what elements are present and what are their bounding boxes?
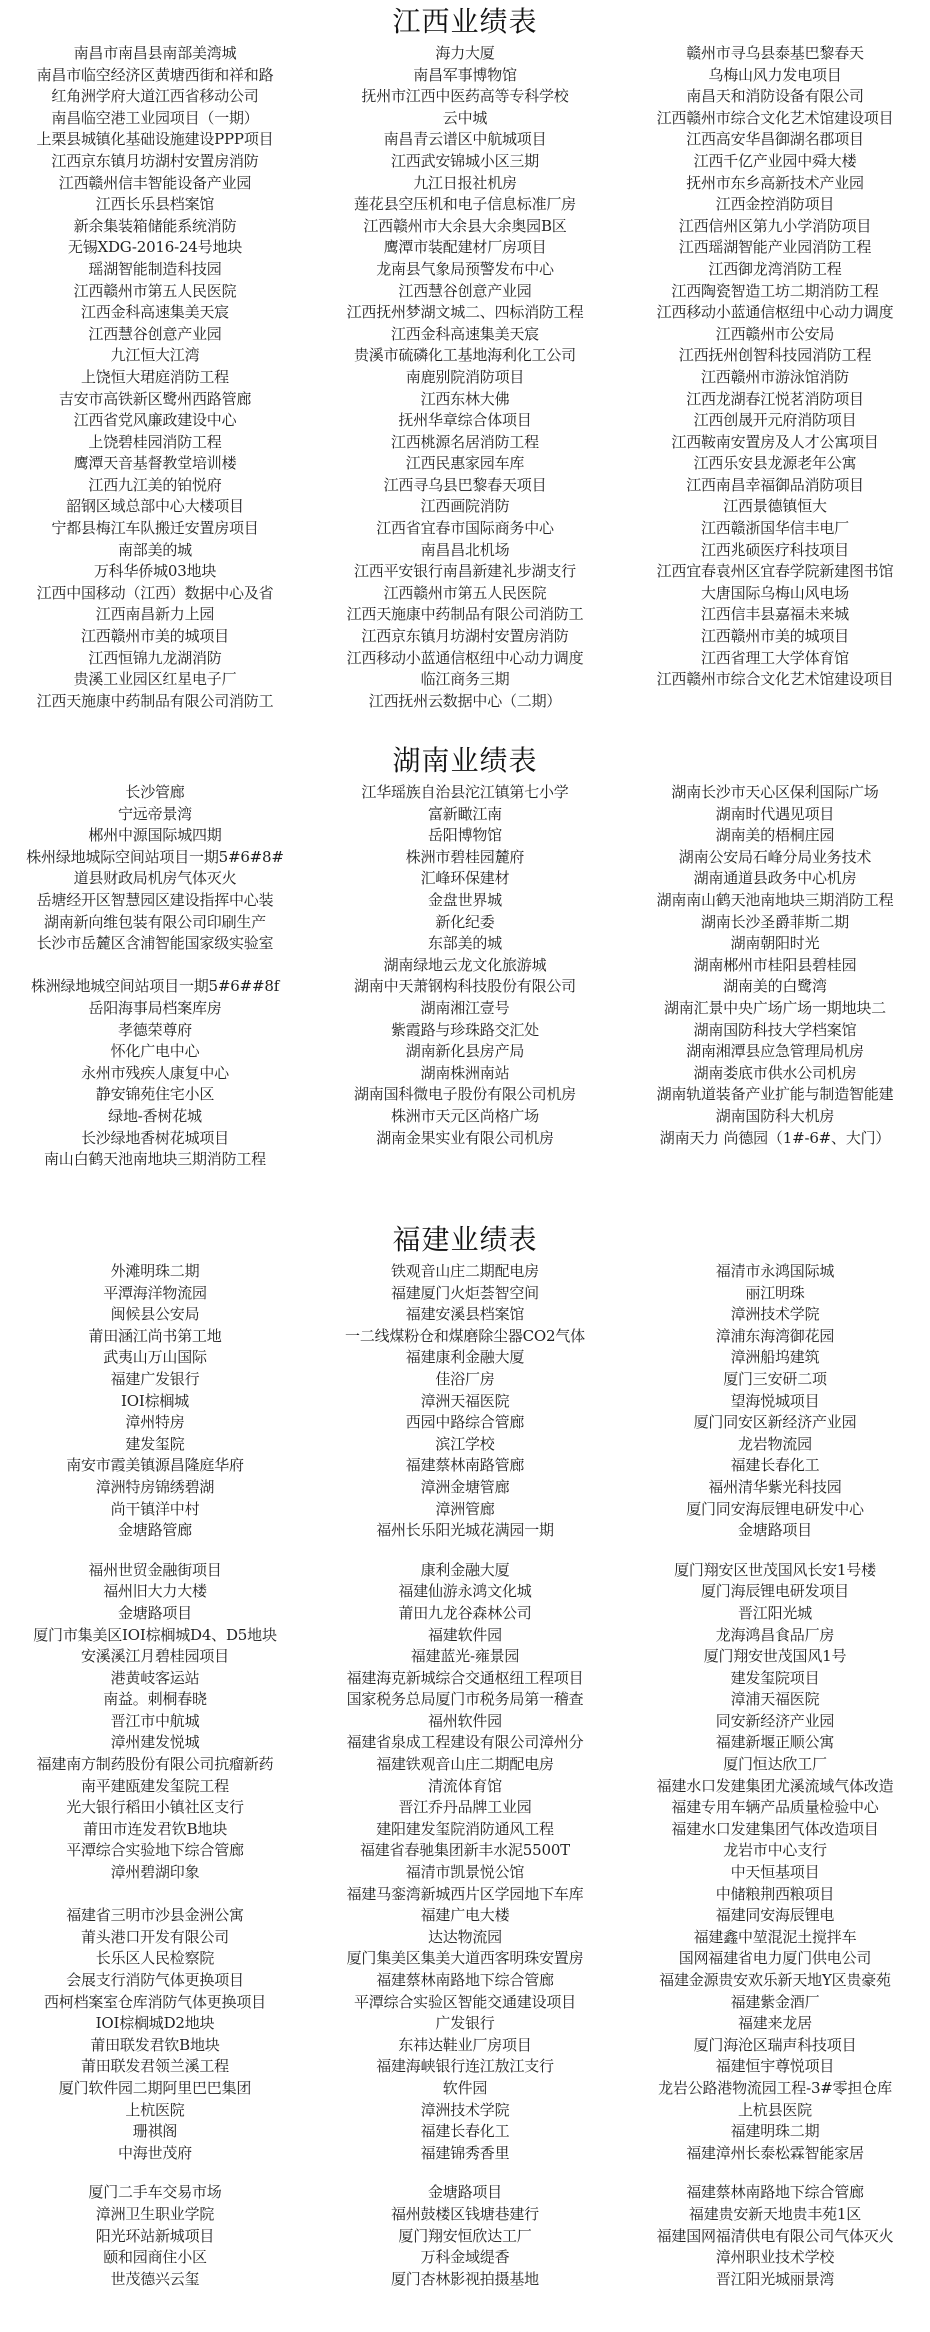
project-name-cell: 富新瞰江南: [310, 804, 620, 826]
project-name-cell: 江西桃源名居消防工程: [310, 432, 620, 454]
table-row: 平潭综合实验地下综合管廊福建省春驰集团新丰水泥5500T龙岩市中心支行: [0, 1840, 930, 1862]
project-name-cell: 江西赣州市大余县大余奥园B区: [310, 216, 620, 238]
project-name-cell: 宁都县梅江车队搬迁安置房项目: [0, 518, 310, 540]
table-row: 江西京东镇月坊湖村安置房消防江西武安锦城小区三期江西千亿产业园中舜大楼: [0, 151, 930, 173]
project-name-cell: 福建锦秀香里: [310, 2143, 620, 2165]
project-name-cell: 福建同安海辰锂电: [620, 1905, 930, 1927]
table-row: 金塘路管廊福州长乐阳光城花满园一期金塘路项目: [0, 1520, 930, 1542]
project-name-cell: 株州绿地城际空间站项目一期5#6#8#: [0, 847, 310, 869]
project-name-cell: 漳洲船坞建筑: [620, 1347, 930, 1369]
project-name-cell: 福建厦门火炬荟智空间: [310, 1283, 620, 1305]
project-name-cell: 福建省春驰集团新丰水泥5500T: [310, 1840, 620, 1862]
table-row: 厦门二手车交易市场金塘路项目福建蔡林南路地下综合管廊: [0, 2182, 930, 2204]
project-name-cell: 尚干镇洋中村: [0, 1499, 310, 1521]
project-name-cell: 福建蔡林南路地下综合管廊: [620, 2182, 930, 2204]
section-jiangxi: 江西业绩表 南昌市南昌县南部美湾城海力大厦赣州市寻乌县泰基巴黎春天南昌市临空经济…: [0, 4, 930, 712]
table-row: 南山白鹤天池南地块三期消防工程: [0, 1149, 930, 1171]
project-name-cell: 江西兆硕医疗科技项目: [620, 540, 930, 562]
project-name-cell: 万科华侨城03地块: [0, 561, 310, 583]
table-row: 光大银行稻田小镇社区支行晋江乔丹品牌工业园福建专用车辆产品质量检验中心: [0, 1797, 930, 1819]
table-row: 厦门市集美区IOI棕榈城D4、D5地块福建软件园龙海鸿昌食品厂房: [0, 1625, 930, 1647]
table-row: 南昌市临空经济区黄塘西街和祥和路南昌军事博物馆乌梅山风力发电项目: [0, 65, 930, 87]
table-row: 福建省三明市沙县金洲公寓福建广电大楼福建同安海辰锂电: [0, 1905, 930, 1927]
table-row: 吉安市高铁新区鹭州西路管廊江西东林大佛江西龙湖春江悦茗消防项目: [0, 389, 930, 411]
table-row: 新余集装箱储能系统消防江西赣州市大余县大余奥园B区江西信州区第九小学消防项目: [0, 216, 930, 238]
project-name-cell: 湖南湘江壹号: [310, 998, 620, 1020]
table-row: 世茂德兴云玺厦门杏林影视拍摄基地晋江阳光城丽景湾: [0, 2269, 930, 2291]
section-title: 湖南业绩表: [0, 743, 930, 779]
project-name-cell: 江西长乐县档案馆: [0, 194, 310, 216]
project-name-cell: 湖南通道县政务中心机房: [620, 868, 930, 890]
project-name-cell: 江西东林大佛: [310, 389, 620, 411]
project-name-cell: 江华瑶族自治县沱江镇第七小学: [310, 782, 620, 804]
project-name-cell: 厦门市集美区IOI棕榈城D4、D5地块: [0, 1625, 310, 1647]
table-row: 莆田联发君领兰溪工程福建海峡银行连江敖江支行福建恒宇尊悦项目: [0, 2056, 930, 2078]
project-name-cell: 外滩明珠二期: [0, 1261, 310, 1283]
project-name-cell: 同安新经济产业园: [620, 1711, 930, 1733]
project-name-cell: 湖南朝阳时光: [620, 933, 930, 955]
table-row: 平潭海洋物流园福建厦门火炬荟智空间丽江明珠: [0, 1283, 930, 1305]
project-name-cell: 江西平安银行南昌新建礼步湖支行: [310, 561, 620, 583]
table-row: 福州旧大力大楼福建仙游永鸿文化城厦门海辰锂电研发项目: [0, 1581, 930, 1603]
project-name-cell: [0, 1884, 310, 1906]
project-name-cell: 江西赣州市综合文化艺术馆建设项目: [620, 108, 930, 130]
project-name-cell: 福建蔡林南路地下综合管廊: [310, 1970, 620, 1992]
project-name-cell: 莆田联发君钦B地块: [0, 2035, 310, 2057]
table-row: 江西天施康中药制品有限公司消防工江西抚州云数据中心（二期）: [0, 691, 930, 713]
project-name-cell: 漳浦东海湾御花园: [620, 1326, 930, 1348]
project-name-cell: 上杭医院: [0, 2100, 310, 2122]
project-name-cell: 莆头港口开发有限公司: [0, 1927, 310, 1949]
project-name-cell: 福建长春化工: [620, 1455, 930, 1477]
project-name-cell: 新化纪委: [310, 912, 620, 934]
table-row: 九江恒大江湾贵溪市硫磷化工基地海利化工公司江西抚州创智科技园消防工程: [0, 345, 930, 367]
project-name-cell: 铁观音山庄二期配电房: [310, 1261, 620, 1283]
table-row: 上栗县城镇化基础设施建设PPP项目南昌青云谱区中航城项目江西高安华昌御湖名郡项目: [0, 129, 930, 151]
project-name-cell: 南昌临空港工业园项目（一期）: [0, 108, 310, 130]
project-name-cell: 岳塘经开区智慧园区建设指挥中心装: [0, 890, 310, 912]
project-name-cell: 抚州市东乡高新技术产业园: [620, 173, 930, 195]
project-name-cell: 光大银行稻田小镇社区支行: [0, 1797, 310, 1819]
table-row: 长沙市岳麓区含浦智能国家级实验室东部美的城湖南朝阳时光: [0, 933, 930, 955]
project-name-cell: 平潭海洋物流园: [0, 1283, 310, 1305]
project-name-cell: 厦门翔安区世茂国风长安1号楼: [620, 1560, 930, 1582]
table-row: 郴州中源国际城四期岳阳博物馆湖南美的梧桐庄园: [0, 825, 930, 847]
project-name-cell: 上饶碧桂园消防工程: [0, 432, 310, 454]
project-name-cell: 九江日报社机房: [310, 173, 620, 195]
project-grid: 南昌市南昌县南部美湾城海力大厦赣州市寻乌县泰基巴黎春天南昌市临空经济区黄塘西街和…: [0, 43, 930, 712]
project-name-cell: 建发玺院: [0, 1434, 310, 1456]
table-row: 上饶碧桂园消防工程江西桃源名居消防工程江西鞍南安置房及人才公寓项目: [0, 432, 930, 454]
row-spacer: [0, 2164, 930, 2182]
project-name-cell: 孝德荣尊府: [0, 1020, 310, 1042]
table-row: 绿地-香树花城株洲市天元区尚格广场湖南国防科大机房: [0, 1106, 930, 1128]
project-name-cell: 万科金域缇香: [310, 2247, 620, 2269]
project-name-cell: 福建来龙居: [620, 2013, 930, 2035]
project-name-cell: 绿地-香树花城: [0, 1106, 310, 1128]
project-name-cell: 临江商务三期: [310, 669, 620, 691]
project-name-cell: 福州鼓楼区钱塘巷建行: [310, 2204, 620, 2226]
project-name-cell: 福清市永鸿国际城: [620, 1261, 930, 1283]
table-row: 南安市霞美镇源昌隆庭华府福建蔡林南路管廊福建长春化工: [0, 1455, 930, 1477]
table-row: 漳洲卫生职业学院福州鼓楼区钱塘巷建行福建贵安新天地贵丰苑1区: [0, 2204, 930, 2226]
project-name-cell: 厦门同安区新经济产业园: [620, 1412, 930, 1434]
table-row: 安溪溪江月碧桂园项目福建蓝光-雍景园厦门翔安世茂国风1号: [0, 1646, 930, 1668]
project-name-cell: 漳洲金塘管廊: [310, 1477, 620, 1499]
project-name-cell: 福州旧大力大楼: [0, 1581, 310, 1603]
table-row: 莆田联发君钦B地块东祎达鞋业厂房项目厦门海沧区瑞声科技项目: [0, 2035, 930, 2057]
table-row: 阳光环站新城项目厦门翔安恒欣达工厂福建国网福清供电有限公司气体灭火: [0, 2226, 930, 2248]
project-name-cell: 江西南昌新力上园: [0, 604, 310, 626]
project-name-cell: 湖南时代遇见项目: [620, 804, 930, 826]
project-name-cell: 福清市凯景悦公馆: [310, 1862, 620, 1884]
table-row: 岳阳海事局档案库房湖南湘江壹号湖南汇景中央广场广场一期地块二: [0, 998, 930, 1020]
project-name-cell: 漳州职业技术学校: [620, 2247, 930, 2269]
project-name-cell: 厦门软件园二期阿里巴巴集团: [0, 2078, 310, 2100]
project-name-cell: 紫霞路与珍珠路交汇处: [310, 1020, 620, 1042]
table-row: 万科华侨城03地块江西平安银行南昌新建礼步湖支行江西宜春袁州区宜春学院新建图书馆: [0, 561, 930, 583]
table-row: 岳塘经开区智慧园区建设指挥中心装金盘世界城湖南南山鹤天池南地块三期消防工程: [0, 890, 930, 912]
project-name-cell: 湖南中天萧钢构科技股份有限公司: [310, 976, 620, 998]
table-row: 孝德荣尊府紫霞路与珍珠路交汇处湖南国防科技大学档案馆: [0, 1020, 930, 1042]
project-name-cell: 湖南美的梧桐庄园: [620, 825, 930, 847]
table-row: 外滩明珠二期铁观音山庄二期配电房福清市永鸿国际城: [0, 1261, 930, 1283]
project-name-cell: 长沙管廊: [0, 782, 310, 804]
project-name-cell: 莆田联发君领兰溪工程: [0, 2056, 310, 2078]
table-row: 江西长乐县档案馆莲花县空压机和电子信息标准厂房江西金控消防项目: [0, 194, 930, 216]
project-name-cell: 静安锦苑住宅小区: [0, 1084, 310, 1106]
project-name-cell: 厦门杏林影视拍摄基地: [310, 2269, 620, 2291]
project-name-cell: 湖南南山鹤天池南地块三期消防工程: [620, 890, 930, 912]
project-name-cell: 龙岩公路港物流园工程-3#零担仓库: [620, 2078, 930, 2100]
project-name-cell: 湖南天力 尚德园（1#-6#、大门）: [620, 1128, 930, 1150]
project-name-cell: 江西乐安县龙源老年公寓: [620, 453, 930, 475]
project-name-cell: 道县财政局机房气体灭火: [0, 868, 310, 890]
project-name-cell: 闽候县公安局: [0, 1304, 310, 1326]
project-name-cell: 怀化广电中心: [0, 1041, 310, 1063]
project-name-cell: 南昌青云谱区中航城项目: [310, 129, 620, 151]
project-name-cell: 建发玺院项目: [620, 1668, 930, 1690]
table-row: 株州绿地城际空间站项目一期5#6#8#株洲市碧桂园麓府湖南公安局石峰分局业务技术: [0, 847, 930, 869]
table-row: 漳州特房西园中路综合管廊厦门同安区新经济产业园: [0, 1412, 930, 1434]
project-name-cell: 江西民惠家园车库: [310, 453, 620, 475]
section-title: 福建业绩表: [0, 1222, 930, 1258]
project-name-cell: 福建贵安新天地贵丰苑1区: [620, 2204, 930, 2226]
table-row: 江西南昌新力上园江西天施康中药制品有限公司消防工江西信丰县嘉福未来城: [0, 604, 930, 626]
project-name-cell: 福建蓝光-雍景园: [310, 1646, 620, 1668]
project-name-cell: 江西赣州市公安局: [620, 324, 930, 346]
project-name-cell: 康利金融大厦: [310, 1560, 620, 1582]
table-row: 无锡XDG-2016-24号地块鹰潭市装配建材厂房项目江西瑶湖智能产业园消防工程: [0, 237, 930, 259]
project-name-cell: 金塘路管廊: [0, 1520, 310, 1542]
project-name-cell: 江西赣州市第五人民医院: [0, 281, 310, 303]
table-row: 上饶恒大珺庭消防工程南鹿别院消防项目江西赣州市游泳馆消防: [0, 367, 930, 389]
project-name-cell: 东部美的城: [310, 933, 620, 955]
project-name-cell: 福州软件园: [310, 1711, 620, 1733]
project-name-cell: 福建紫金酒厂: [620, 1992, 930, 2014]
project-name-cell: 清流体育馆: [310, 1776, 620, 1798]
project-name-cell: 江西陶瓷智造工坊二期消防工程: [620, 281, 930, 303]
table-row: 漳洲特房锦绣碧湖漳洲金塘管廊福州清华紫光科技园: [0, 1477, 930, 1499]
project-name-cell: 江西鞍南安置房及人才公寓项目: [620, 432, 930, 454]
project-name-cell: 福建省三明市沙县金洲公寓: [0, 1905, 310, 1927]
project-name-cell: 上栗县城镇化基础设施建设PPP项目: [0, 129, 310, 151]
project-name-cell: 江西抚州云数据中心（二期）: [310, 691, 620, 713]
project-name-cell: 贵溪市硫磷化工基地海利化工公司: [310, 345, 620, 367]
project-name-cell: 江西省党风廉政建设中心: [0, 410, 310, 432]
project-name-cell: 南昌昌北机场: [310, 540, 620, 562]
table-row: 江西中国移动（江西）数据中心及省江西赣州市第五人民医院大唐国际乌梅山风电场: [0, 583, 930, 605]
table-row: 福建南方制药股份有限公司抗瘤新药福建铁观音山庄二期配电房厦门恒达欣工厂: [0, 1754, 930, 1776]
table-row: 江西省党风廉政建设中心抚州华章综合体项目江西创晟开元府消防项目: [0, 410, 930, 432]
project-name-cell: 莆田市连发君钦B地块: [0, 1819, 310, 1841]
project-name-cell: 龙岩市中心支行: [620, 1840, 930, 1862]
project-name-cell: 武夷山万山国际: [0, 1347, 310, 1369]
project-name-cell: 江西慧谷创意产业园: [310, 281, 620, 303]
table-row: 福州世贸金融街项目康利金融大厦厦门翔安区世茂国风长安1号楼: [0, 1560, 930, 1582]
project-name-cell: 福建铁观音山庄二期配电房: [310, 1754, 620, 1776]
table-row: 上杭医院漳洲技术学院上杭县医院: [0, 2100, 930, 2122]
project-name-cell: 金塘路项目: [0, 1603, 310, 1625]
project-name-cell: 福建省泉成工程建设有限公司漳州分: [310, 1732, 620, 1754]
project-name-cell: 江西天施康中药制品有限公司消防工: [310, 604, 620, 626]
project-name-cell: 南平建瓯建发玺院工程: [0, 1776, 310, 1798]
table-row: 金塘路项目莆田九龙谷森林公司晋江阳光城: [0, 1603, 930, 1625]
project-name-cell: 长沙市岳麓区含浦智能国家级实验室: [0, 933, 310, 955]
table-row: 江西金科高速集美天宸江西抚州梦湖文城二、四标消防工程江西移动小蓝通信枢纽中心动力…: [0, 302, 930, 324]
table-row: 宁都县梅江车队搬迁安置房项目江西省宜春市国际商务中心江西赣浙国华信丰电厂: [0, 518, 930, 540]
row-spacer: [0, 1542, 930, 1560]
project-name-cell: 晋江乔丹品牌工业园: [310, 1797, 620, 1819]
project-name-cell: 厦门三安研二项: [620, 1369, 930, 1391]
project-name-cell: 滨江学校: [310, 1434, 620, 1456]
project-name-cell: 莆田九龙谷森林公司: [310, 1603, 620, 1625]
project-name-cell: 无锡XDG-2016-24号地块: [0, 237, 310, 259]
project-name-cell: 湖南长沙圣爵菲斯二期: [620, 912, 930, 934]
project-name-cell: 厦门海沧区瑞声科技项目: [620, 2035, 930, 2057]
project-name-cell: 福建南方制药股份有限公司抗瘤新药: [0, 1754, 310, 1776]
project-name-cell: 港黄岐客运站: [0, 1668, 310, 1690]
table-row: IOI棕榈城D2地块广发银行福建来龙居: [0, 2013, 930, 2035]
project-name-cell: 晋江阳光城: [620, 1603, 930, 1625]
project-name-cell: 江西寻乌县巴黎春天项目: [310, 475, 620, 497]
project-name-cell: 中海世茂府: [0, 2143, 310, 2165]
project-name-cell: 吉安市高铁新区鹭州西路管廊: [0, 389, 310, 411]
project-name-cell: 建阳建发玺院消防通风工程: [310, 1819, 620, 1841]
project-name-cell: 福建新堰正顺公寓: [620, 1732, 930, 1754]
project-name-cell: 厦门集美区集美大道西客明珠安置房: [310, 1948, 620, 1970]
project-name-cell: 江西南昌幸福御品消防项目: [620, 475, 930, 497]
project-name-cell: 福建明珠二期: [620, 2121, 930, 2143]
project-name-cell: 江西赣州市第五人民医院: [310, 583, 620, 605]
project-name-cell: 湖南国科微电子股份有限公司机房: [310, 1084, 620, 1106]
project-name-cell: 江西移动小蓝通信枢纽中心动力调度: [620, 302, 930, 324]
section-fujian: 福建业绩表 外滩明珠二期铁观音山庄二期配电房福清市永鸿国际城平潭海洋物流园福建厦…: [0, 1222, 930, 2290]
project-name-cell: 金盘世界城: [310, 890, 620, 912]
project-name-cell: 广发银行: [310, 2013, 620, 2035]
table-row: 福建马銮湾新城西片区学园地下车库中储粮荆西粮项目: [0, 1884, 930, 1906]
project-name-cell: 瑶湖智能制造科技园: [0, 259, 310, 281]
project-name-cell: [310, 1149, 620, 1171]
project-name-cell: 鹰潭市装配建材厂房项目: [310, 237, 620, 259]
project-name-cell: 南鹿别院消防项目: [310, 367, 620, 389]
table-row: 红角洲学府大道江西省移动公司抚州市江西中医药高等专科学校南昌天和消防设备有限公司: [0, 86, 930, 108]
project-name-cell: 岳阳博物馆: [310, 825, 620, 847]
project-name-cell: 乌梅山风力发电项目: [620, 65, 930, 87]
project-name-cell: 江西武安锦城小区三期: [310, 151, 620, 173]
project-name-cell: 南昌市南昌县南部美湾城: [0, 43, 310, 65]
project-name-cell: 江西瑶湖智能产业园消防工程: [620, 237, 930, 259]
project-name-cell: 南昌市临空经济区黄塘西街和祥和路: [0, 65, 310, 87]
project-name-cell: 江西创晟开元府消防项目: [620, 410, 930, 432]
table-row: 长沙管廊江华瑶族自治县沱江镇第七小学湖南长沙市天心区保利国际广场: [0, 782, 930, 804]
project-name-cell: 漳洲管廊: [310, 1499, 620, 1521]
table-row: 南益。刺桐春晓国家税务总局厦门市税务局第一稽查漳浦天福医院: [0, 1689, 930, 1711]
project-name-cell: 漳州碧湖印象: [0, 1862, 310, 1884]
table-row: 贵溪工业园区红星电子厂临江商务三期江西赣州市综合文化艺术馆建设项目: [0, 669, 930, 691]
project-name-cell: 漳浦天福医院: [620, 1689, 930, 1711]
project-name-cell: 江西京东镇月坊湖村安置房消防: [310, 626, 620, 648]
project-name-cell: 福建蔡林南路管廊: [310, 1455, 620, 1477]
table-row: 中海世茂府福建锦秀香里福建漳州长泰松霖智能家居: [0, 2143, 930, 2165]
project-name-cell: 软件园: [310, 2078, 620, 2100]
project-name-cell: 福建马銮湾新城西片区学园地下车库: [310, 1884, 620, 1906]
project-name-cell: 郴州中源国际城四期: [0, 825, 310, 847]
project-name-cell: 江西赣州信丰智能设备产业园: [0, 173, 310, 195]
project-name-cell: 江西天施康中药制品有限公司消防工: [0, 691, 310, 713]
project-name-cell: 南昌天和消防设备有限公司: [620, 86, 930, 108]
table-row: 静安锦苑住宅小区湖南国科微电子股份有限公司机房湖南轨道装备产业扩能与制造智能建: [0, 1084, 930, 1106]
project-grid: 长沙管廊江华瑶族自治县沱江镇第七小学湖南长沙市天心区保利国际广场宁远帝景湾富新瞰…: [0, 782, 930, 1171]
project-name-cell: 晋江阳光城丽景湾: [620, 2269, 930, 2291]
project-name-cell: 国网福建省电力厦门供电公司: [620, 1948, 930, 1970]
project-name-cell: 湖南国防科技大学档案馆: [620, 1020, 930, 1042]
project-name-cell: 江西景德镇恒大: [620, 496, 930, 518]
project-name-cell: 江西信丰县嘉福未来城: [620, 604, 930, 626]
project-name-cell: 达达物流园: [310, 1927, 620, 1949]
project-name-cell: 福建广发银行: [0, 1369, 310, 1391]
project-name-cell: 厦门二手车交易市场: [0, 2182, 310, 2204]
project-name-cell: 鹰潭天音基督教堂培训楼: [0, 453, 310, 475]
project-name-cell: 红角洲学府大道江西省移动公司: [0, 86, 310, 108]
table-row: 怀化广电中心湖南新化县房产局湖南湘潭县应急管理局机房: [0, 1041, 930, 1063]
project-name-cell: 莆田涵江尚书第工地: [0, 1326, 310, 1348]
project-name-cell: 江西赣州市美的城项目: [0, 626, 310, 648]
project-name-cell: 福建专用车辆产品质量检验中心: [620, 1797, 930, 1819]
project-name-cell: 湖南郴州市桂阳县碧桂园: [620, 955, 930, 977]
project-name-cell: 江西金科高速集美天宸: [310, 324, 620, 346]
project-name-cell: 晋江市中航城: [0, 1711, 310, 1733]
project-name-cell: [620, 691, 930, 713]
project-name-cell: 韶钢区域总部中心大楼项目: [0, 496, 310, 518]
project-name-cell: 南安市霞美镇源昌隆庭华府: [0, 1455, 310, 1477]
project-name-cell: 厦门同安海辰锂电研发中心: [620, 1499, 930, 1521]
project-name-cell: 九江恒大江湾: [0, 345, 310, 367]
project-name-cell: 福建恒宇尊悦项目: [620, 2056, 930, 2078]
table-row: 建发玺院滨江学校龙岩物流园: [0, 1434, 930, 1456]
table-row: 湖南新向维包装有限公司印刷生产新化纪委湖南长沙圣爵菲斯二期: [0, 912, 930, 934]
table-row: 南平建瓯建发玺院工程清流体育馆福建水口发建集团尤溪流域气体改造: [0, 1776, 930, 1798]
project-name-cell: 福建长春化工: [310, 2121, 620, 2143]
project-name-cell: [0, 955, 310, 977]
project-name-cell: 福建安溪县档案馆: [310, 1304, 620, 1326]
project-name-cell: 漳洲天福医院: [310, 1391, 620, 1413]
project-name-cell: 福建水口发建集团尤溪流域气体改造: [620, 1776, 930, 1798]
table-row: 株洲绿地城空间站项目一期5#6##8f湖南中天萧钢构科技股份有限公司湖南美的白鹭…: [0, 976, 930, 998]
project-name-cell: 江西九江美的铂悦府: [0, 475, 310, 497]
project-name-cell: 南部美的城: [0, 540, 310, 562]
table-row: 韶钢区域总部中心大楼项目江西画院消防江西景德镇恒大: [0, 496, 930, 518]
project-name-cell: 上杭县医院: [620, 2100, 930, 2122]
project-name-cell: 江西移动小蓝通信枢纽中心动力调度: [310, 648, 620, 670]
section-hunan: 湖南业绩表 长沙管廊江华瑶族自治县沱江镇第七小学湖南长沙市天心区保利国际广场宁远…: [0, 743, 930, 1171]
table-row: 漳州建发悦城福建省泉成工程建设有限公司漳州分福建新堰正顺公寓: [0, 1732, 930, 1754]
table-row: 漳州碧湖印象福清市凯景悦公馆中天恒基项目: [0, 1862, 930, 1884]
project-name-cell: 海力大厦: [310, 43, 620, 65]
table-row: 南昌临空港工业园项目（一期）云中城江西赣州市综合文化艺术馆建设项目: [0, 108, 930, 130]
project-name-cell: 江西京东镇月坊湖村安置房消防: [0, 151, 310, 173]
project-name-cell: 江西省理工大学体育馆: [620, 648, 930, 670]
project-name-cell: 厦门海辰锂电研发项目: [620, 1581, 930, 1603]
project-name-cell: 江西抚州创智科技园消防工程: [620, 345, 930, 367]
project-name-cell: 湖南湘潭县应急管理局机房: [620, 1041, 930, 1063]
project-name-cell: 赣州市寻乌县泰基巴黎春天: [620, 43, 930, 65]
project-name-cell: 江西千亿产业园中舜大楼: [620, 151, 930, 173]
project-name-cell: 江西赣州市综合文化艺术馆建设项目: [620, 669, 930, 691]
project-name-cell: 厦门翔安世茂国风1号: [620, 1646, 930, 1668]
table-row: 厦门软件园二期阿里巴巴集团软件园龙岩公路港物流园工程-3#零担仓库: [0, 2078, 930, 2100]
project-name-cell: 颐和园商住小区: [0, 2247, 310, 2269]
project-name-cell: 江西赣州市美的城项目: [620, 626, 930, 648]
project-name-cell: 中储粮荆西粮项目: [620, 1884, 930, 1906]
project-name-cell: 漳洲卫生职业学院: [0, 2204, 310, 2226]
project-name-cell: 东祎达鞋业厂房项目: [310, 2035, 620, 2057]
table-row: 江西赣州信丰智能设备产业园九江日报社机房抚州市东乡高新技术产业园: [0, 173, 930, 195]
section-title: 江西业绩表: [0, 4, 930, 40]
project-name-cell: 珊祺阁: [0, 2121, 310, 2143]
project-name-cell: 湖南娄底市供水公司机房: [620, 1063, 930, 1085]
project-name-cell: 龙岩物流园: [620, 1434, 930, 1456]
project-name-cell: 世茂德兴云玺: [0, 2269, 310, 2291]
project-name-cell: 江西赣浙国华信丰电厂: [620, 518, 930, 540]
project-name-cell: 南昌军事博物馆: [310, 65, 620, 87]
project-name-cell: 长沙绿地香树花城项目: [0, 1128, 310, 1150]
project-name-cell: IOI棕榈城D2地块: [0, 2013, 310, 2035]
table-row: 莆田涵江尚书第工地一二线煤粉仓和煤磨除尘器CO2气体漳浦东海湾御花园: [0, 1326, 930, 1348]
table-row: 闽候县公安局福建安溪县档案馆漳洲技术学院: [0, 1304, 930, 1326]
table-row: 永州市残疾人康复中心湖南株洲南站湖南娄底市供水公司机房: [0, 1063, 930, 1085]
table-row: 江西九江美的铂悦府江西寻乌县巴黎春天项目江西南昌幸福御品消防项目: [0, 475, 930, 497]
project-name-cell: 江西省宜春市国际商务中心: [310, 518, 620, 540]
project-name-cell: 福建软件园: [310, 1625, 620, 1647]
project-name-cell: 长乐区人民检察院: [0, 1948, 310, 1970]
table-row: 江西赣州市美的城项目江西京东镇月坊湖村安置房消防江西赣州市美的城项目: [0, 626, 930, 648]
project-name-cell: 望海悦城项目: [620, 1391, 930, 1413]
project-name-cell: 福建漳州长泰松霖智能家居: [620, 2143, 930, 2165]
project-name-cell: 云中城: [310, 108, 620, 130]
project-name-cell: 厦门翔安恒欣达工厂: [310, 2226, 620, 2248]
project-name-cell: 南山白鹤天池南地块三期消防工程: [0, 1149, 310, 1171]
project-name-cell: 株洲绿地城空间站项目一期5#6##8f: [0, 976, 310, 998]
project-name-cell: 宁远帝景湾: [0, 804, 310, 826]
table-row: 西柯档案室仓库消防气体更换项目平潭综合实验区智能交通建设项目福建紫金酒厂: [0, 1992, 930, 2014]
project-name-cell: 福建海克新城综合交通枢纽工程项目: [310, 1668, 620, 1690]
project-name-cell: 江西抚州梦湖文城二、四标消防工程: [310, 302, 620, 324]
project-name-cell: 一二线煤粉仓和煤磨除尘器CO2气体: [310, 1326, 620, 1348]
project-name-cell: 汇峰环保建材: [310, 868, 620, 890]
project-name-cell: 湖南绿地云龙文化旅游城: [310, 955, 620, 977]
project-name-cell: 江西画院消防: [310, 496, 620, 518]
